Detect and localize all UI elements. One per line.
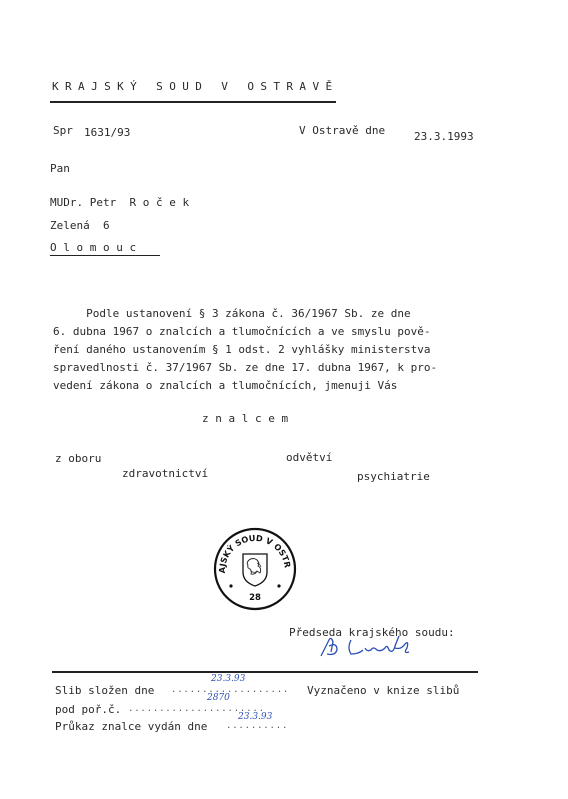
ref-number: 1631/93 <box>84 126 130 139</box>
place-date-label: V Ostravě dne <box>299 124 385 137</box>
city-underline <box>50 255 160 256</box>
court-stamp: KRAJSKÝ SOUD V OSTRAVĚ 28 <box>213 527 297 611</box>
body-line: Podle ustanovení § 3 zákona č. 36/1967 S… <box>53 307 411 320</box>
salutation: Pan <box>50 162 70 175</box>
branch-label: odvětví <box>286 451 332 464</box>
card-label: Průkaz znalce vydán dne <box>55 720 207 733</box>
number-value-handwritten: 2870 <box>207 693 230 703</box>
oath-dots: ................... <box>171 684 289 697</box>
body-line: 6. dubna 1967 o znalcích a tlumočnících … <box>53 325 431 338</box>
card-date-handwritten: 23.3.93 <box>238 712 272 722</box>
court-heading: KRAJSKÝ SOUD V OSTRAVĚ <box>52 80 339 93</box>
footer-divider <box>52 671 478 673</box>
number-label: pod poř.č. <box>55 703 121 716</box>
addressee-name: MUDr. Petr R o č e k <box>50 196 189 209</box>
stamp-star <box>229 584 232 587</box>
stamp-text: KRAJSKÝ SOUD V OSTRAVĚ <box>213 527 293 573</box>
body-line: vedení zákona o znalcích a tlumočnících,… <box>53 379 397 392</box>
ref-label: Spr <box>53 124 73 137</box>
registry-label: Vyznačeno v knize slibů <box>307 684 459 697</box>
addressee-street: Zelená 6 <box>50 219 110 232</box>
coat-of-arms-icon <box>243 554 267 586</box>
body-line: spravedlnosti č. 37/1967 Sb. ze dne 17. … <box>53 361 437 374</box>
stamp-number: 28 <box>249 593 261 603</box>
addressee-city: O l o m o u c <box>50 241 136 254</box>
field-label: z oboru <box>55 452 101 465</box>
oath-label: Slib složen dne <box>55 684 154 697</box>
body-line: ření daného ustanovením § 1 odst. 2 vyhl… <box>53 343 431 356</box>
oath-date-handwritten: 23.3.93 <box>211 674 245 684</box>
handwritten-signature <box>315 630 425 662</box>
heading-underline <box>50 101 336 103</box>
appointment-word: z n a l c e m <box>202 412 288 425</box>
branch-value: psychiatrie <box>357 470 430 483</box>
document-date: 23.3.1993 <box>414 130 474 143</box>
stamp-star <box>277 584 280 587</box>
field-value: zdravotnictví <box>122 467 208 480</box>
svg-text:KRAJSKÝ SOUD V OSTRAVĚ: KRAJSKÝ SOUD V OSTRAVĚ <box>213 527 293 573</box>
